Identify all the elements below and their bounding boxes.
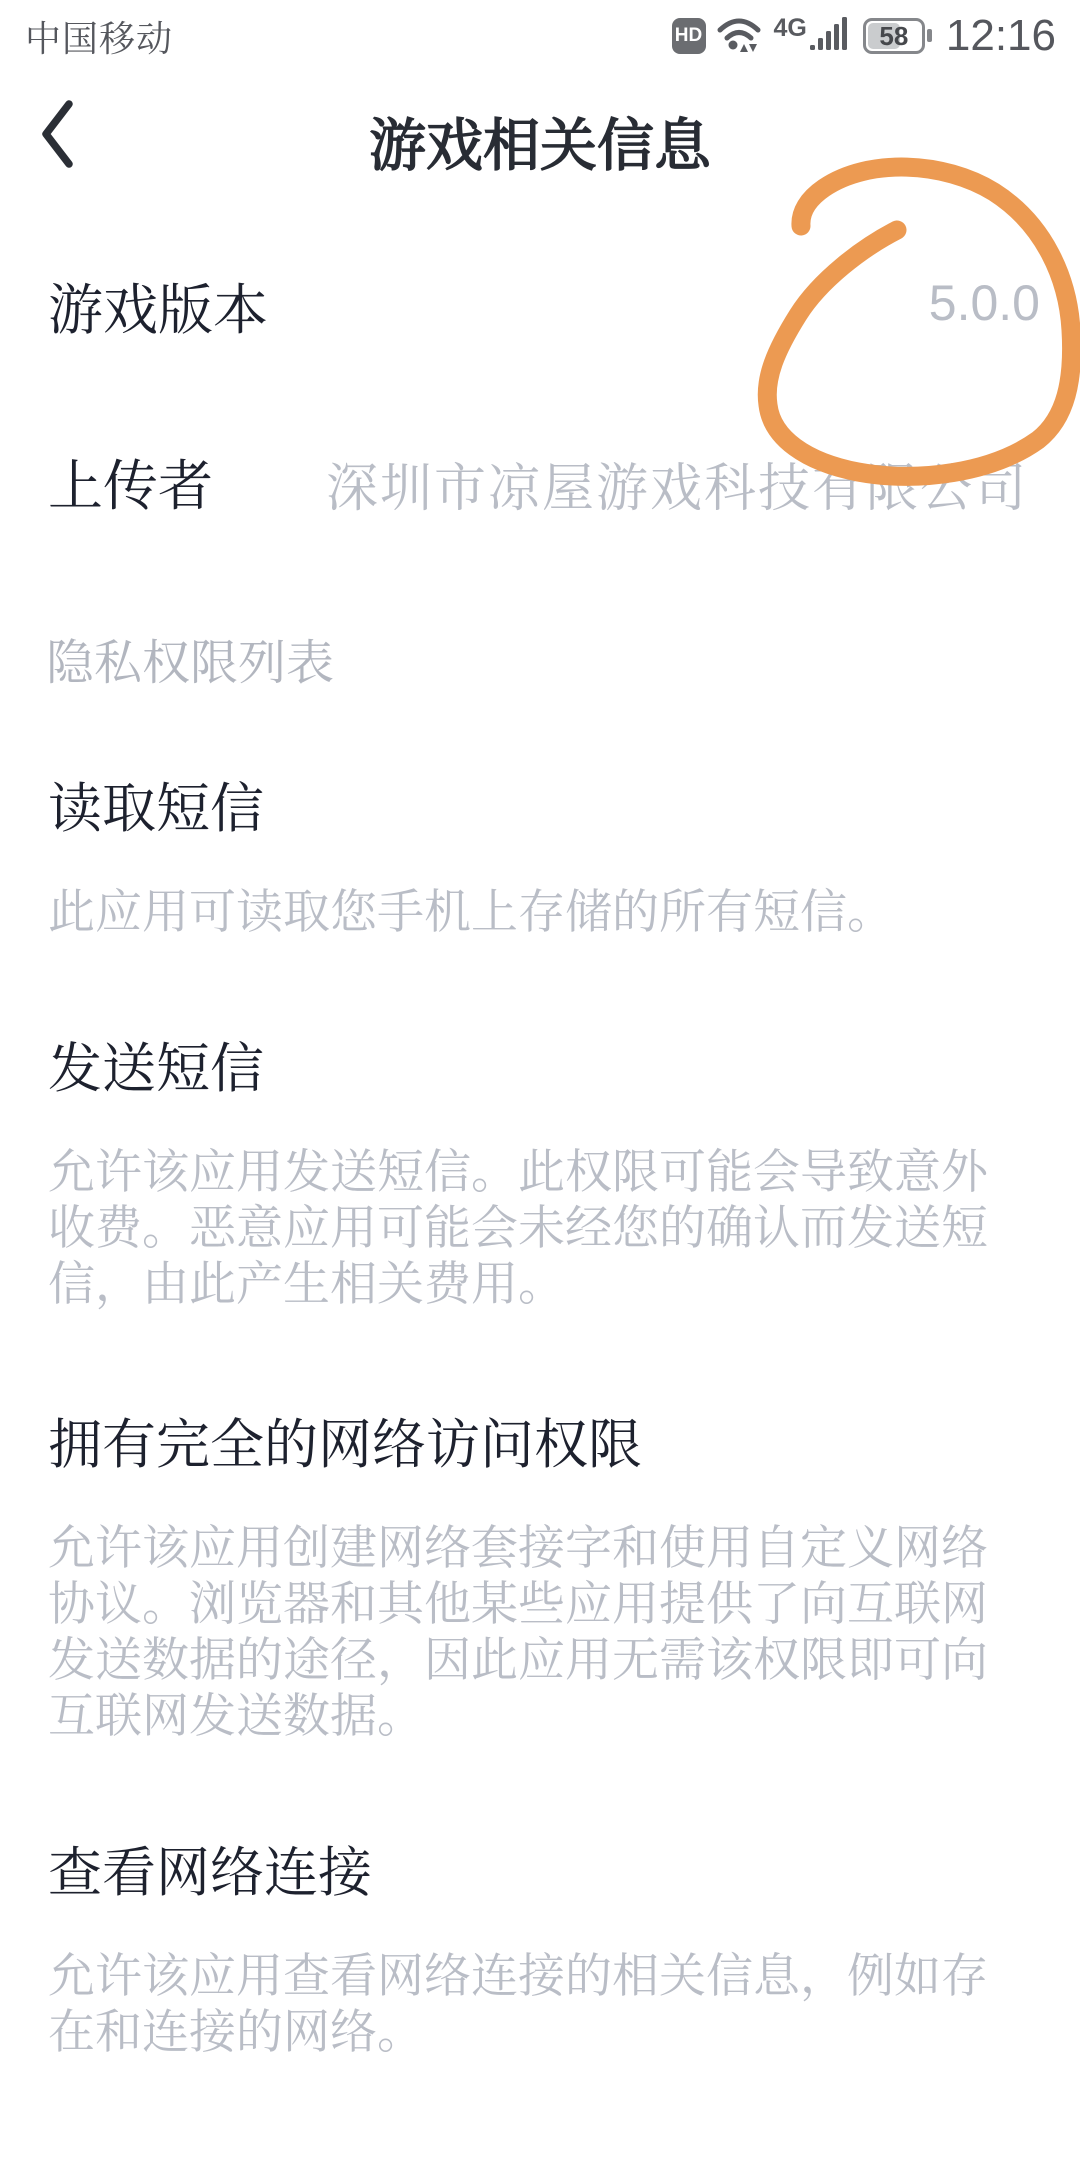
battery-icon: 58 <box>863 18 925 54</box>
permission-desc-read-sms: 此应用可读取您手机上存储的所有短信。 <box>48 884 1033 940</box>
desc-line: 允许该应用发送短信。此权限可能会导致意外 <box>48 1144 1033 1200</box>
battery-nub <box>927 29 932 42</box>
nav-header: 游戏相关信息 <box>0 90 1080 186</box>
page-title: 游戏相关信息 <box>0 100 1080 182</box>
desc-line: 允许该应用创建网络套接字和使用自定义网络 <box>48 1520 1033 1576</box>
wifi-icon <box>717 15 761 58</box>
desc-line: 发送数据的途径，因此应用无需该权限即可向 <box>48 1632 1033 1688</box>
mobile-network-indicator: 4G <box>774 16 848 57</box>
battery-percent: 58 <box>866 21 922 51</box>
desc-line: 收费。恶意应用可能会未经您的确认而发送短 <box>48 1200 1033 1256</box>
signal-bars-icon <box>810 16 848 57</box>
desc-line: 协议。浏览器和其他某些应用提供了向互联网 <box>48 1576 1033 1632</box>
desc-line: 在和连接的网络。 <box>48 2004 1033 2060</box>
uploader-value: 深圳市凉屋游戏科技有限公司 <box>326 446 1028 521</box>
desc-line: 允许该应用查看网络连接的相关信息，例如存 <box>48 1948 1033 2004</box>
permission-desc-full-network: 允许该应用创建网络套接字和使用自定义网络 协议。浏览器和其他某些应用提供了向互联… <box>48 1520 1033 1744</box>
permission-desc-view-network: 允许该应用查看网络连接的相关信息，例如存 在和连接的网络。 <box>48 1948 1033 2060</box>
permission-title-send-sms: 发送短信 <box>48 1040 264 1098</box>
permission-title-view-network: 查看网络连接 <box>48 1844 372 1902</box>
permission-title-full-network: 拥有完全的网络访问权限 <box>48 1416 642 1474</box>
carrier-label: 中国移动 <box>25 11 173 62</box>
desc-line: 信，由此产生相关费用。 <box>48 1256 1033 1312</box>
clock-label: 12:16 <box>946 11 1056 61</box>
app-info-screen: 中国移动 HD 4G <box>0 0 1080 2160</box>
network-type-label: 4G <box>774 16 807 41</box>
permission-title-read-sms: 读取短信 <box>48 780 264 838</box>
hd-icon: HD <box>672 18 706 54</box>
game-version-label: 游戏版本 <box>48 266 268 345</box>
permission-desc-send-sms: 允许该应用发送短信。此权限可能会导致意外 收费。恶意应用可能会未经您的确认而发送… <box>48 1144 1033 1312</box>
uploader-label: 上传者 <box>48 442 213 521</box>
privacy-section-header: 隐私权限列表 <box>46 624 334 693</box>
game-version-value: 5.0.0 <box>929 274 1040 332</box>
status-icons: HD 4G <box>672 11 1056 61</box>
desc-line: 此应用可读取您手机上存储的所有短信。 <box>48 884 1033 940</box>
desc-line: 互联网发送数据。 <box>48 1688 1033 1744</box>
status-bar: 中国移动 HD 4G <box>0 0 1080 66</box>
